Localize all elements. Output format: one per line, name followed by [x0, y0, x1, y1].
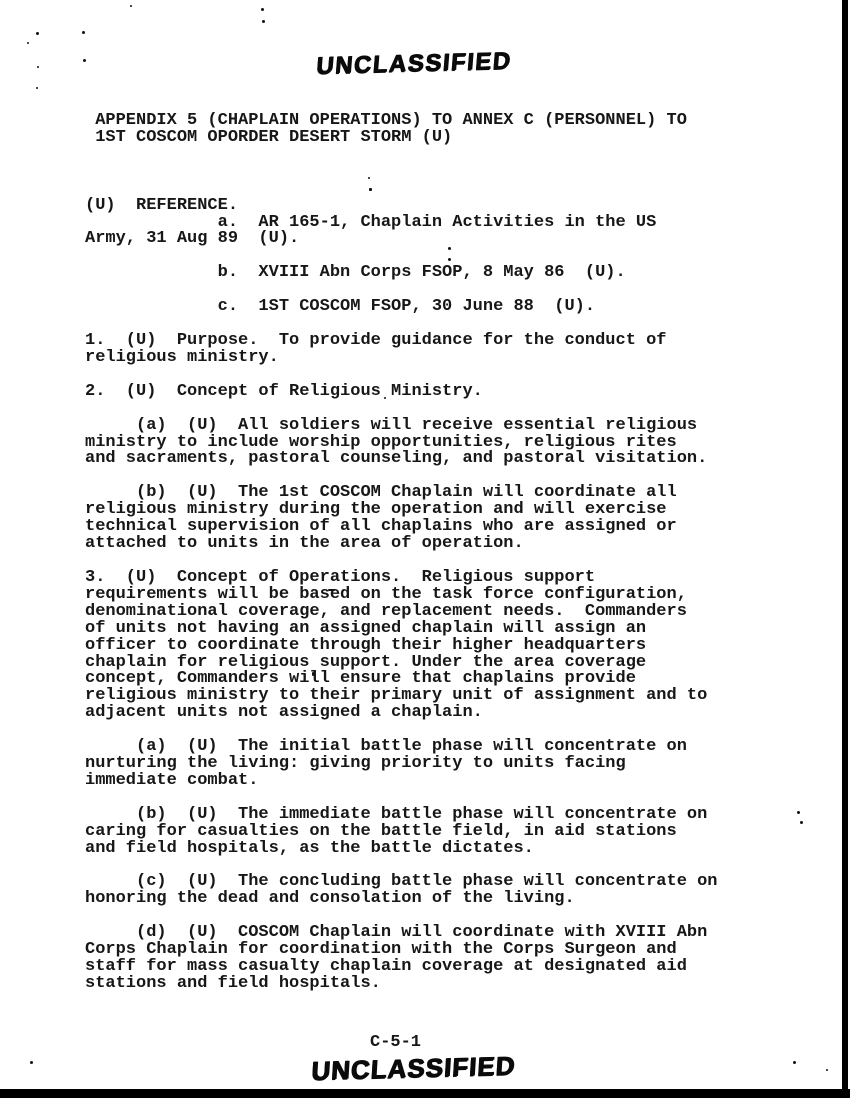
scan-speck: [83, 59, 86, 62]
scan-speck: [368, 177, 370, 179]
scan-edge-right: [842, 0, 848, 1092]
scan-speck: [130, 5, 132, 7]
scan-speck: [384, 397, 386, 399]
scan-speck: [27, 42, 29, 44]
scan-speck: [826, 1069, 828, 1071]
scan-speck: [797, 811, 800, 814]
scan-edge-bottom: [0, 1089, 850, 1098]
scan-speck: [448, 247, 451, 250]
scan-speck: [82, 31, 85, 34]
page-number: C-5-1: [370, 1034, 421, 1051]
classification-stamp-bottom: UNCLASSIFIED: [310, 1050, 516, 1086]
scan-speck: [36, 87, 38, 89]
scan-speck: [448, 258, 451, 261]
classification-stamp-top: UNCLASSIFIED: [315, 47, 512, 80]
scan-speck: [369, 188, 372, 191]
scan-speck: [793, 1061, 796, 1064]
scan-speck: [37, 66, 39, 68]
scan-speck: [328, 589, 335, 591]
scan-speck: [30, 1061, 33, 1064]
scanned-document-page: UNCLASSIFIED APPENDIX 5 (CHAPLAIN OPERAT…: [0, 0, 850, 1103]
document-body-text: APPENDIX 5 (CHAPLAIN OPERATIONS) TO ANNE…: [85, 113, 718, 993]
scan-speck: [262, 20, 265, 23]
scan-speck: [36, 32, 39, 35]
scan-speck: [800, 821, 803, 824]
scan-speck: [312, 672, 314, 676]
scan-speck: [261, 8, 264, 11]
